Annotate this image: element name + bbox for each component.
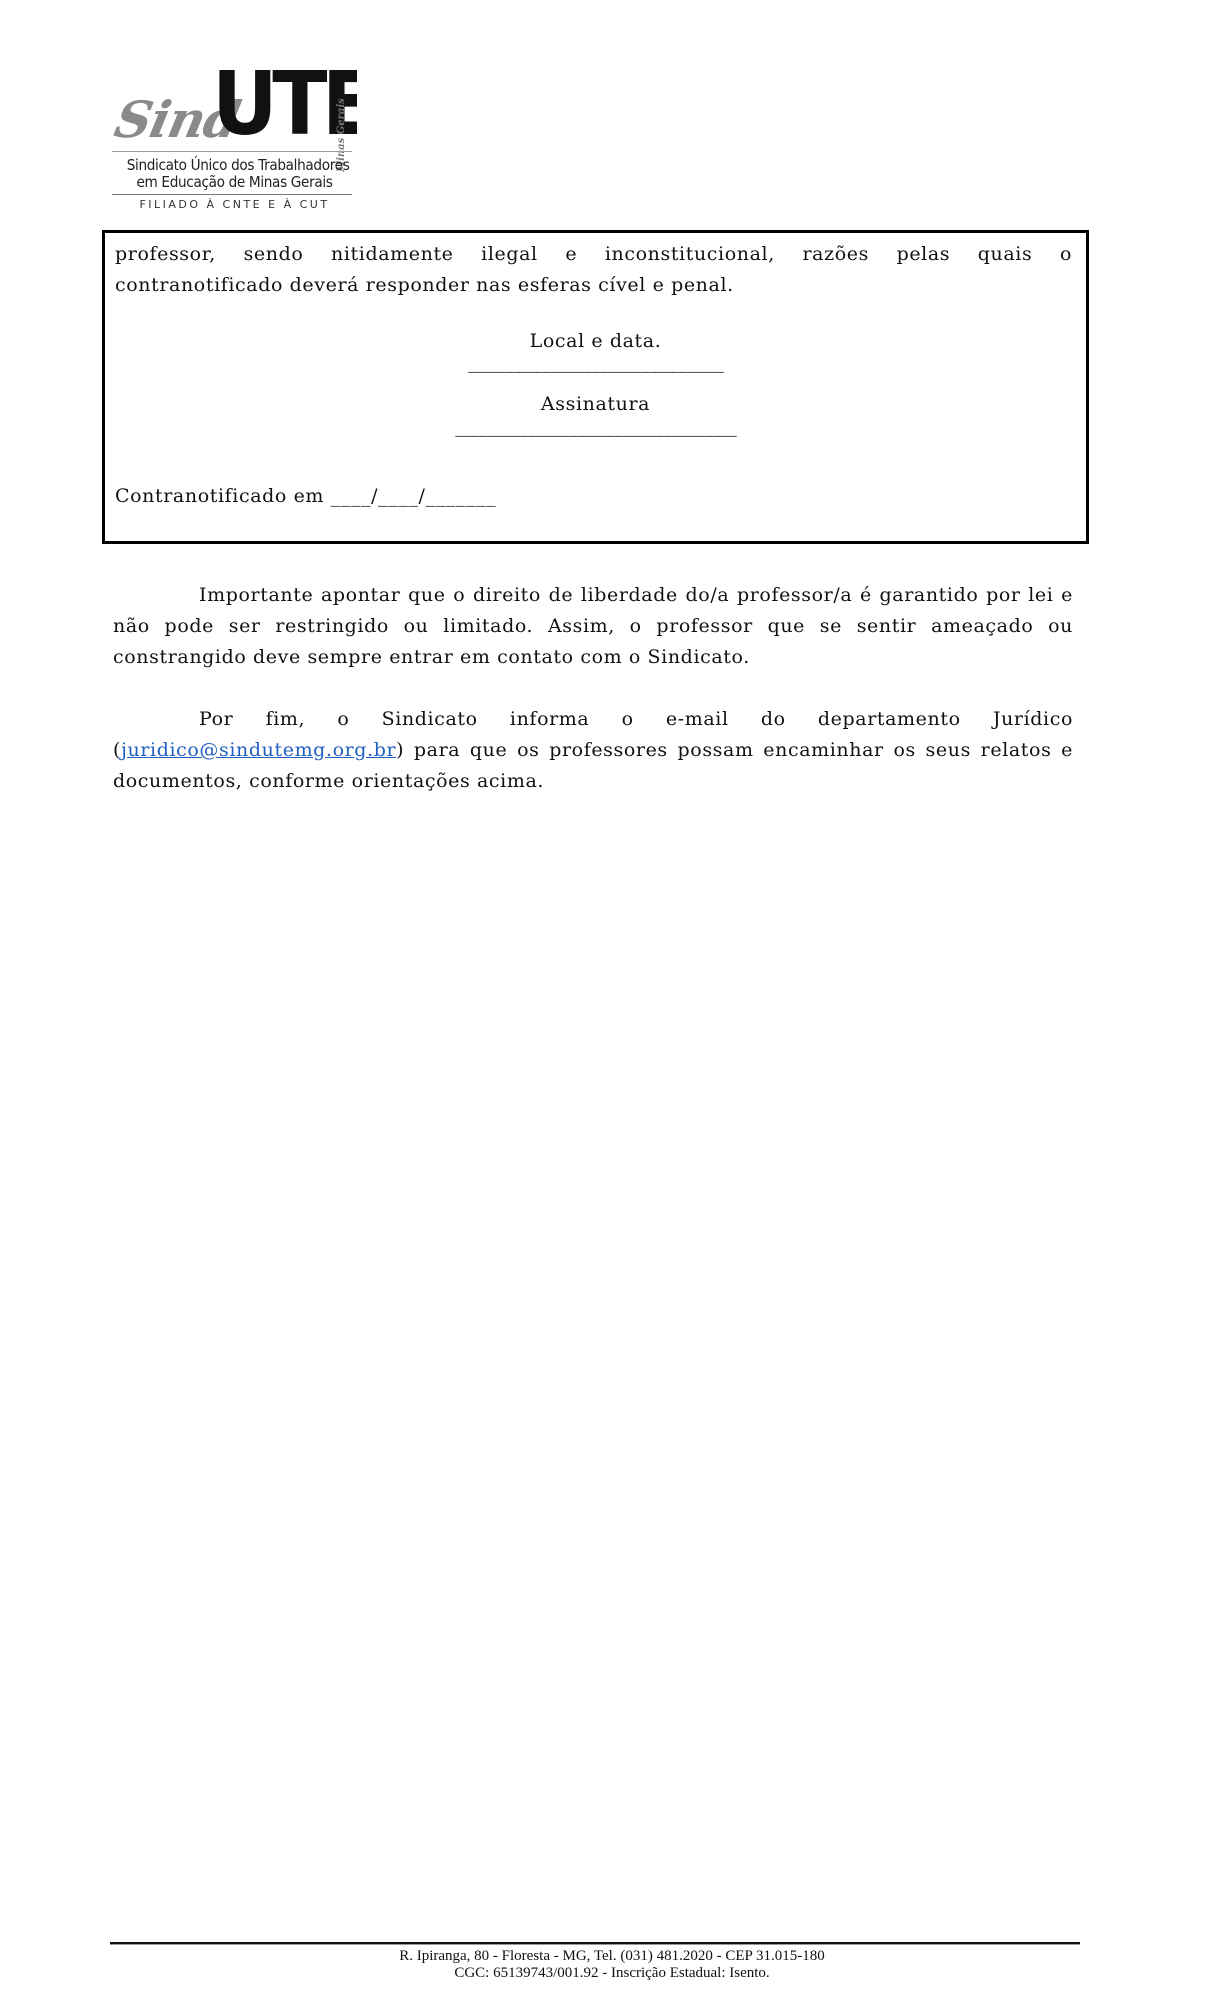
counter-notified-date: Contranotificado em ____/____/_______ <box>115 485 496 507</box>
counter-notification-box: professor, sendo nitidamente ilegal e in… <box>102 230 1089 544</box>
legal-email-link[interactable]: juridico@sindutemg.org.br <box>121 739 396 761</box>
signature-blank-line: ______________________________ <box>105 351 1086 373</box>
paragraph-rights: Importante apontar que o direito de libe… <box>113 580 1073 673</box>
logo-divider <box>112 151 352 152</box>
paragraph-text: Importante apontar que o direito de libe… <box>113 584 1073 668</box>
signature-label: Assinatura <box>105 393 1086 415</box>
footer-address: R. Ipiranga, 80 - Floresta - MG, Tel. (0… <box>0 1948 1224 1965</box>
footer-registration: CGC: 65139743/001.92 - Inscrição Estadua… <box>0 1965 1224 1982</box>
logo-divider <box>112 194 352 195</box>
logo-subtitle-line1: Sindicato Único dos Trabalhadores <box>127 156 343 174</box>
paragraph-contact: Por fim, o Sindicato informa o e-mail do… <box>113 704 1073 797</box>
signature-blank-line: _________________________________ <box>105 415 1086 437</box>
place-date-label: Local e data. <box>105 330 1086 352</box>
box-text-line: professor, sendo nitidamente ilegal e in… <box>115 239 1072 270</box>
footer-divider <box>110 1942 1080 1945</box>
logo-subtitle-line2: em Educação de Minas Gerais <box>127 173 343 191</box>
logo-affiliation: FILIADO À CNTE E À CUT <box>112 198 357 210</box>
sindute-logo: Sind UTE Minas Gerais Sindicato Único do… <box>112 70 357 210</box>
box-text-line: contranotificado deverá responder nas es… <box>115 270 1072 301</box>
